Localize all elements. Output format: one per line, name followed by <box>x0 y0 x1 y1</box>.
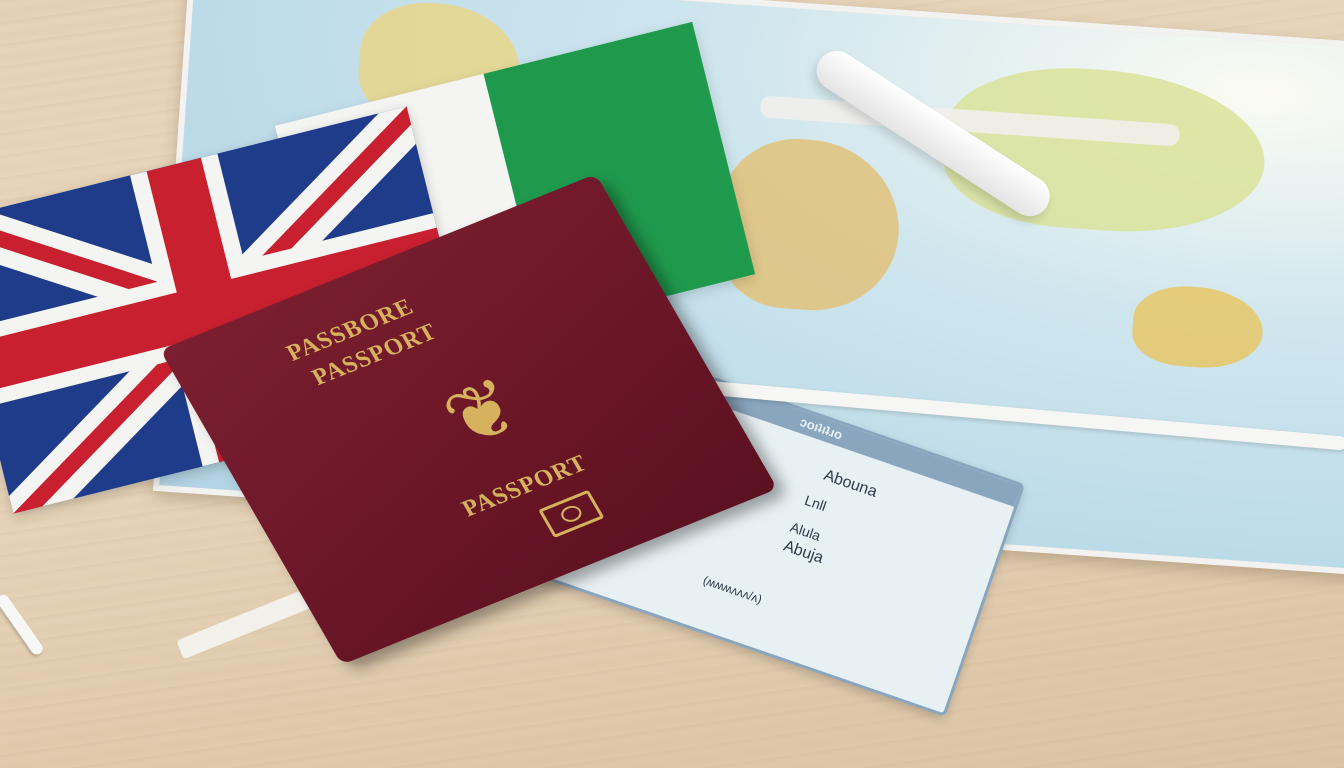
ticket-field: Lnll <box>803 492 829 514</box>
biometric-chip-icon <box>538 490 604 538</box>
ticket-destination-1: Abouna <box>821 467 879 502</box>
ticket-destination-3: Abuja <box>781 538 826 568</box>
ticket-barcode-text: (ʍʍʍʌʌʌ/ʌ) <box>701 573 764 606</box>
continent-australia <box>1130 283 1265 372</box>
eagle-emblem-icon: ❦ <box>397 346 568 482</box>
